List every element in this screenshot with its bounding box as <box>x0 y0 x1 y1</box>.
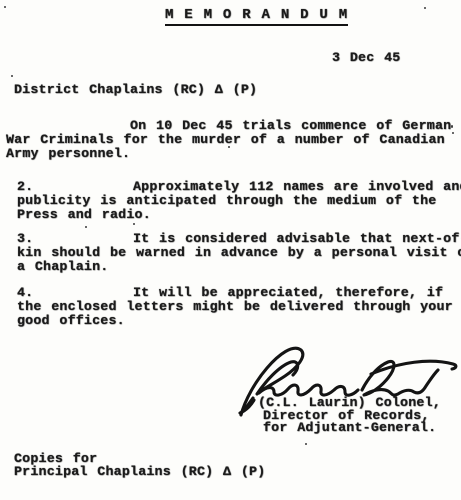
paragraph-2-line-2: publicity is anticipated through the med… <box>17 194 436 208</box>
paragraph-2-line-1: Approximately 112 names are involved and <box>133 180 461 194</box>
paragraph-2-number: 2. <box>17 180 33 194</box>
copies-recipient: Principal Chaplains (RC) Δ (P) <box>14 465 265 479</box>
memo-title: M E M O R A N D U M <box>165 7 348 26</box>
paragraph-1-line-2: War Criminals for the murder of a number… <box>6 133 445 147</box>
memo-addressee: District Chaplains (RC) Δ (P) <box>14 83 257 97</box>
paragraph-3-number: 3. <box>17 232 33 246</box>
memo-page: M E M O R A N D U M 3 Dec 45 District Ch… <box>0 0 461 500</box>
paragraph-1-line-1: On 10 Dec 45 trials commence of German <box>130 119 451 133</box>
scan-speck <box>424 7 426 9</box>
paragraph-4-line-3: good offices. <box>17 314 125 328</box>
paragraph-4-line-1: It will be appreciated, therefore, if <box>133 286 443 300</box>
paragraph-1-line-3: Army personnel. <box>6 147 130 161</box>
scan-speck <box>452 132 454 134</box>
scan-speck <box>11 75 13 77</box>
memo-title-wrap: M E M O R A N D U M <box>165 8 348 22</box>
scan-speck <box>228 146 230 148</box>
scan-speck <box>85 226 87 228</box>
paragraph-3-line-1: It is considered advisable that next-of- <box>133 232 461 246</box>
paragraph-4-number: 4. <box>17 286 33 300</box>
memo-date: 3 Dec 45 <box>332 51 400 65</box>
signature-for-line: for Adjutant-General. <box>263 421 436 435</box>
scan-speck <box>160 240 162 242</box>
scan-speck <box>133 223 135 225</box>
paragraph-3-line-3: a Chaplain. <box>17 260 108 274</box>
paragraph-3-line-2: kin should be warned in advance by a per… <box>17 246 461 260</box>
scan-speck <box>305 443 307 445</box>
paragraph-4-line-2: the enclosed letters might be delivered … <box>17 300 453 314</box>
scan-speck <box>4 6 6 8</box>
scan-speck <box>451 125 453 128</box>
paragraph-2-line-3: Press and radio. <box>17 208 151 222</box>
